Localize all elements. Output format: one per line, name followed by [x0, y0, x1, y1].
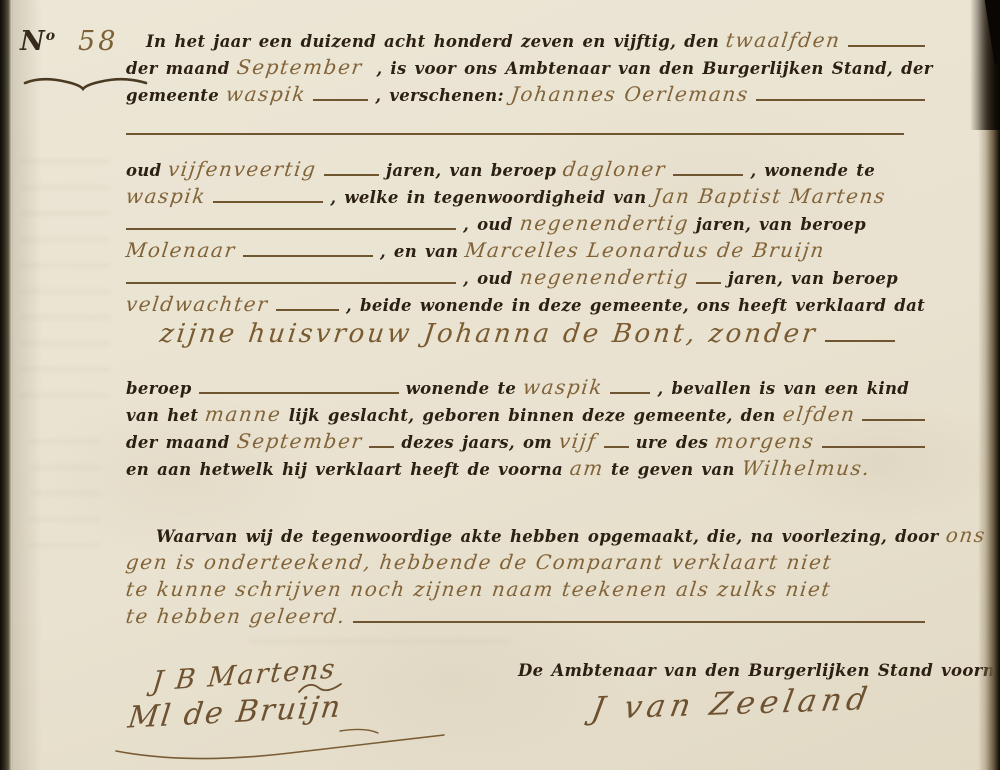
- handwritten-occupation: dagloner: [562, 157, 668, 181]
- blank-rule: [313, 95, 368, 101]
- handwritten-municipality: waspik: [225, 82, 308, 106]
- print-segment: beroep: [126, 379, 192, 398]
- print-segment: jaren, van beroep: [728, 269, 898, 288]
- print-segment: , en van: [380, 242, 458, 261]
- handwritten-witness2-occupation: veldwachter: [125, 292, 270, 316]
- blank-rule: [126, 129, 904, 135]
- blank-rule: [825, 336, 895, 342]
- blank-rule: [848, 41, 925, 47]
- print-segment: dezes jaars, om: [401, 433, 552, 452]
- handwritten-birth-hour: vijf: [558, 429, 599, 453]
- line-attestation-3: te kunne schrijven noch zijnen naam teek…: [126, 577, 932, 604]
- line-attestation-2: gen is onderteekend, hebbende de Compara…: [126, 550, 932, 577]
- print-segment: , verschenen:: [375, 86, 504, 105]
- line-mother-occupation: beroep wonende te waspik , bevallen is v…: [126, 375, 932, 402]
- blank-rule: [324, 170, 379, 176]
- handwritten-witness1-name: Jan Baptist Martens: [652, 184, 888, 208]
- line-witness1-occupation: Molenaar , en van Marcelles Leonardus de…: [126, 238, 932, 265]
- handwritten-mother-name: zijne huisvrouw Johanna de Bont, zonder: [158, 319, 819, 349]
- page-curve-shadow: [12, 0, 42, 770]
- handwritten-child-name: Wilhelmus.: [740, 456, 872, 480]
- handwritten-mother-residence: waspik: [522, 375, 605, 399]
- line-witness1-age: , oud negenendertig jaren, van beroep: [126, 211, 932, 238]
- line-birth-month-hour: der maand September dezes jaars, om vijf…: [126, 429, 932, 456]
- line-municipality: gemeente waspik , verschenen: Johannes O…: [126, 82, 932, 109]
- print-segment: In het jaar een duizend acht honderd zev…: [146, 32, 719, 51]
- handwritten-attestation: gen is onderteekend, hebbende de Compara…: [125, 550, 834, 574]
- handwritten-attestation: te hebben geleerd.: [125, 604, 348, 628]
- print-segment: en aan hetwelk hij verklaart heeft de vo…: [126, 460, 563, 479]
- handwritten-month: September: [235, 55, 364, 79]
- blank-rule: [243, 251, 373, 257]
- print-segment: gemeente: [126, 86, 219, 105]
- handwritten-residence: waspik: [125, 184, 208, 208]
- act-number-value: 58: [78, 26, 118, 57]
- print-segment: , oud: [463, 215, 513, 234]
- blank-rule: [369, 442, 394, 448]
- blank-rule: [604, 442, 629, 448]
- print-segment: , wonende te: [750, 161, 875, 180]
- blank-rule: [353, 617, 925, 623]
- print-segment: lijk geslacht, geboren binnen deze gemee…: [289, 406, 776, 425]
- line-declarant-age: oud vijfenveertig jaren, van beroep dagl…: [126, 157, 932, 184]
- handwritten-birth-month: September: [235, 429, 364, 453]
- line-month: der maand September , is voor ons Ambten…: [126, 55, 932, 82]
- line-attestation-1: Waarvan wij de tegenwoordige akte hebben…: [126, 523, 932, 550]
- handwritten-gender: manne: [204, 402, 283, 426]
- line-child-gender-birthday: van het manne lijk geslacht, geboren bin…: [126, 402, 932, 429]
- line-witness2-occupation: veldwachter , beide wonende in deze geme…: [126, 292, 932, 319]
- handwritten-time-of-day: morgens: [714, 429, 817, 453]
- print-segment: der maand: [126, 59, 230, 78]
- print-segment: der maand: [126, 433, 230, 452]
- print-segment: wonende te: [406, 379, 517, 398]
- handwritten-witness2-name: Marcelles Leonardus de Bruijn: [464, 238, 827, 262]
- print-segment: te geven van: [611, 460, 735, 479]
- print-segment: Waarvan wij de tegenwoordige akte hebben…: [156, 527, 939, 546]
- birth-record-text: In het jaar een duizend acht honderd zev…: [126, 28, 932, 691]
- handwritten-age: vijfenveertig: [167, 157, 319, 181]
- blank-rule: [756, 95, 925, 101]
- line-year-date: In het jaar een duizend acht honderd zev…: [126, 28, 932, 55]
- handwritten-witness1-occupation: Molenaar: [125, 238, 238, 262]
- print-segment: , is voor ons Ambtenaar van den Burgerli…: [376, 59, 932, 78]
- line-mother-name: zijne huisvrouw Johanna de Bont, zonder: [126, 319, 932, 361]
- print-segment: , oud: [463, 269, 513, 288]
- blank-rule: [199, 388, 399, 394]
- ruled-separator: [126, 129, 932, 143]
- blank-rule: [213, 197, 323, 203]
- blank-rule: [696, 278, 721, 284]
- handwritten-declarant-name: Johannes Oerlemans: [509, 82, 750, 106]
- line-witness2-age: , oud negenendertig jaren, van beroep: [126, 265, 932, 292]
- line-residence-witness1: waspik , welke in tegenwoordigheid van J…: [126, 184, 932, 211]
- print-segment: , welke in tegenwoordigheid van: [330, 188, 646, 207]
- blank-rule: [276, 305, 339, 311]
- print-segment: ure des: [636, 433, 708, 452]
- handwritten-attestation: te kunne schrijven noch zijnen naam teek…: [125, 577, 833, 601]
- line-attestation-4: te hebben geleerd.: [126, 604, 932, 631]
- page-edge-left: [0, 0, 13, 770]
- blank-rule: [862, 415, 925, 421]
- print-segment: oud: [126, 161, 161, 180]
- line-child-name: en aan hetwelk hij verklaart heeft de vo…: [126, 456, 932, 483]
- print-segment: van het: [126, 406, 198, 425]
- handwritten-name-overlap: am: [568, 456, 605, 480]
- blank-rule: [673, 170, 743, 176]
- spacer: [126, 361, 932, 375]
- handwritten-witness2-age: negenendertig: [518, 265, 690, 289]
- document-scan: { "colors": { "paper": "#e9e2d1", "print…: [0, 0, 1000, 770]
- spacer: [126, 483, 932, 523]
- print-segment: jaren, van beroep: [386, 161, 556, 180]
- print-segment: De Ambtenaar van den Burgerlijken Stand …: [518, 661, 1000, 680]
- print-segment: jaren, van beroep: [696, 215, 866, 234]
- print-segment: , beide wonende in deze gemeente, ons he…: [346, 296, 925, 315]
- handwritten-day: twaalfden: [725, 28, 843, 52]
- blank-rule: [126, 224, 456, 230]
- print-segment: , bevallen is van een kind: [657, 379, 909, 398]
- blank-rule: [610, 388, 650, 394]
- blank-rule: [822, 442, 925, 448]
- handwritten-witness1-age: negenendertig: [518, 211, 690, 235]
- spacer: [126, 143, 932, 157]
- handwritten-birth-day: elfden: [781, 402, 857, 426]
- blank-rule: [126, 278, 456, 284]
